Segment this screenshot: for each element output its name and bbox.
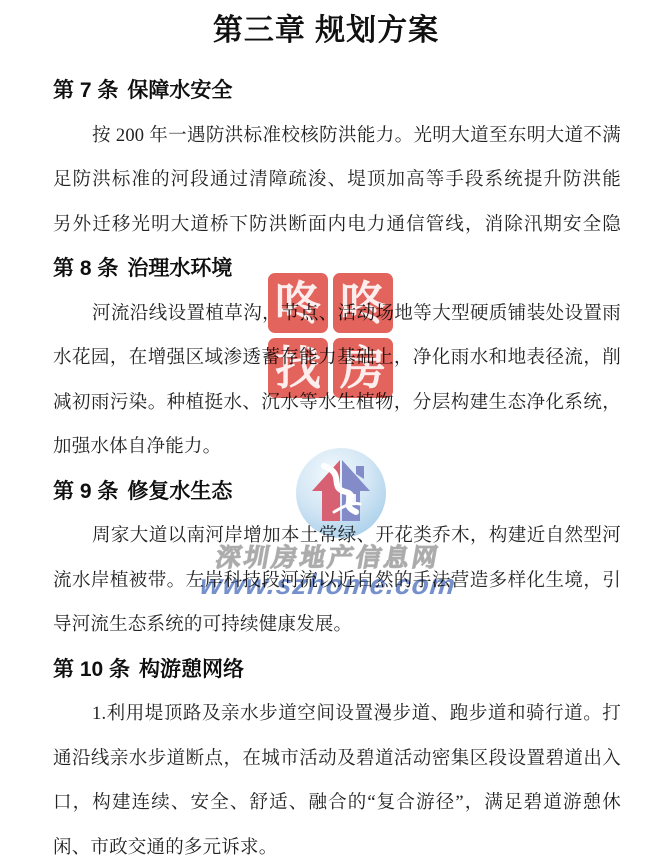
body-line: 河流沿线设置植草沟，节点、活动场地等大型硬质铺装处设置雨	[53, 292, 621, 337]
body-line: 闲、市政交通的多元诉求。	[53, 826, 621, 862]
body-line: 流水岸植被带。左岸科技段河流以近自然的手法营造多样化生境，引	[53, 559, 621, 604]
section-title: 保障水安全	[127, 79, 232, 102]
body-line: 另外迁移光明大道桥下防洪断面内电力通信管线，消除汛期安全隐患。	[53, 203, 621, 248]
page-title: 第三章 规划方案	[0, 10, 652, 52]
section-title: 修复水生态	[127, 480, 232, 503]
body-line: 通沿线亲水步道断点，在城市活动及碧道活动密集区段设置碧道出入	[53, 737, 621, 782]
body-line: 水花园，在增强区域渗透蓄存能力基础上，净化雨水和地表径流，削	[53, 336, 621, 381]
section-number: 第 9 条	[53, 480, 118, 503]
section-number: 第 10 条	[53, 658, 130, 681]
body-line: 周家大道以南河岸增加本土常绿、开花类乔木，构建近自然型河	[53, 514, 621, 559]
body-line: 导河流生态系统的可持续健康发展。	[53, 603, 621, 648]
section-title: 治理水环境	[127, 257, 232, 280]
section-number: 第 8 条	[53, 257, 118, 280]
section-title: 构游憩网络	[139, 658, 244, 681]
document-page: 第三章 规划方案 第 7 条保障水安全 按 200 年一遇防洪标准校核防洪能力。…	[0, 0, 652, 862]
document-body: 第 7 条保障水安全 按 200 年一遇防洪标准校核防洪能力。光明大道至东明大道…	[53, 69, 621, 862]
body-line: 加强水体自净能力。	[53, 425, 621, 470]
section-heading-8: 第 8 条治理水环境	[53, 247, 621, 292]
body-line: 按 200 年一遇防洪标准校核防洪能力。光明大道至东明大道不满	[53, 114, 621, 159]
body-line: 1.利用堤顶路及亲水步道空间设置漫步道、跑步道和骑行道。打	[53, 692, 621, 737]
section-heading-10: 第 10 条构游憩网络	[53, 648, 621, 693]
body-line: 足防洪标准的河段通过清障疏浚、堤顶加高等手段系统提升防洪能力，	[53, 158, 621, 203]
section-heading-7: 第 7 条保障水安全	[53, 69, 621, 114]
section-heading-9: 第 9 条修复水生态	[53, 470, 621, 515]
body-line: 减初雨污染。种植挺水、沉水等水生植物，分层构建生态净化系统，	[53, 381, 621, 426]
body-line: 口，构建连续、安全、舒适、融合的“复合游径”，满足碧道游憩休	[53, 781, 621, 826]
section-number: 第 7 条	[53, 79, 118, 102]
